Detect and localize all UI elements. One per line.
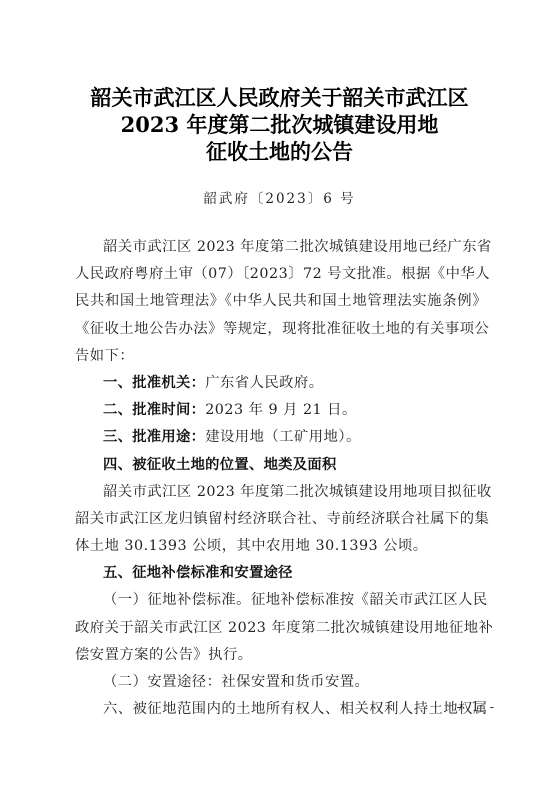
document-body: 韶关市武江区 2023 年度第二批次城镇建设用地已经广东省 人民政府粤府土审（0… — [75, 234, 487, 723]
item-approval-use: 三、批准用途：建设用地（工矿用地）。 — [75, 424, 487, 451]
section-4-line-1: 韶关市武江区 2023 年度第二批次城镇建设用地项目拟征收 — [75, 479, 487, 506]
section-5-sub1-line-2: 政府关于韶关市武江区 2023 年度第二批次城镇建设用地征地补 — [75, 615, 487, 642]
intro-line-4: 《征收土地公告办法》等规定，现将批准征收土地的有关事项公 — [75, 316, 487, 343]
section-5-heading: 五、征地补偿标准和安置途径 — [75, 560, 487, 587]
intro-line-1: 韶关市武江区 2023 年度第二批次城镇建设用地已经广东省 — [75, 234, 487, 261]
item-approval-authority: 一、批准机关：广东省人民政府。 — [75, 370, 487, 397]
item-approval-date: 二、批准时间：2023 年 9 月 21 日。 — [75, 397, 487, 424]
item-label: 二、批准时间： — [103, 402, 205, 418]
section-5-sub1-line-3: 偿安置方案的公告》执行。 — [75, 642, 487, 669]
title-line-3: 征收土地的公告 — [0, 138, 559, 165]
section-6-start: 六、被征地范围内的土地所有权人、相关权利人持土地权属 — [75, 696, 487, 723]
title-line-2: 2023 年度第二批次城镇建设用地 — [0, 111, 559, 138]
document-page: 韶关市武江区人民政府关于韶关市武江区 2023 年度第二批次城镇建设用地 征收土… — [0, 0, 559, 786]
item-label: 一、批准机关： — [103, 375, 205, 391]
intro-line-3: 民共和国土地管理法》《中华人民共和国土地管理法实施条例》 — [75, 288, 487, 315]
section-4-line-2: 韶关市武江区龙归镇留村经济联合社、寺前经济联合社属下的集 — [75, 506, 487, 533]
item-value: 建设用地（工矿用地）。 — [205, 429, 361, 445]
section-5-sub1-line-1: （一）征地补偿标准。征地补偿标准按《韶关市武江区人民 — [75, 587, 487, 614]
item-value: 2023 年 9 月 21 日。 — [205, 402, 357, 418]
intro-line-2: 人民政府粤府土审（07）〔2023〕72 号文批准。根据《中华人 — [75, 261, 487, 288]
item-label: 三、批准用途： — [103, 429, 205, 445]
title-line-1: 韶关市武江区人民政府关于韶关市武江区 — [0, 84, 559, 111]
item-value: 广东省人民政府。 — [205, 375, 323, 391]
section-4-line-3: 体土地 30.1393 公顷，其中农用地 30.1393 公顷。 — [75, 533, 487, 560]
document-number: 韶武府〔2023〕6 号 — [0, 187, 559, 207]
intro-line-5: 告如下： — [75, 343, 487, 370]
document-title: 韶关市武江区人民政府关于韶关市武江区 2023 年度第二批次城镇建设用地 征收土… — [0, 84, 559, 165]
section-5-sub2: （二）安置途径：社保安置和货币安置。 — [75, 669, 487, 696]
section-4-heading: 四、被征收土地的位置、地类及面积 — [75, 452, 487, 479]
page-number: - 1 - — [457, 700, 497, 715]
